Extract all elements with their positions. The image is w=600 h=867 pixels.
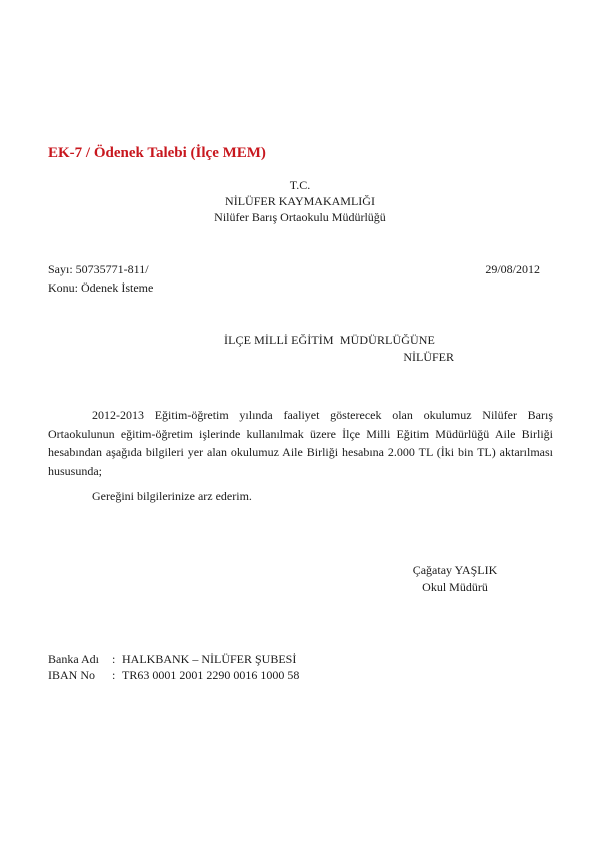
reference-number: Sayı: 50735771-811/	[48, 262, 149, 277]
document-date: 29/08/2012	[485, 262, 540, 277]
subject-label: Konu:	[48, 281, 78, 295]
letterhead-line-tc: T.C.	[0, 177, 600, 193]
document-title: EK-7 / Ödenek Talebi (İlçe MEM)	[48, 145, 266, 162]
bank-name-label: Banka Adı	[48, 651, 112, 667]
recipient-city: NİLÜFER	[403, 350, 454, 365]
iban-row: IBAN No : TR63 0001 2001 2290 0016 1000 …	[48, 667, 299, 683]
signer-title: Okul Müdürü	[380, 579, 530, 596]
subject-value: Ödenek İsteme	[81, 281, 153, 295]
reference-number-value: 50735771-811/	[76, 262, 149, 276]
letterhead: T.C. NİLÜFER KAYMAKAMLIĞI Nilüfer Barış …	[0, 177, 600, 225]
signer-name: Çağatay YAŞLIK	[380, 562, 530, 579]
bank-name-value: HALKBANK – NİLÜFER ŞUBESİ	[122, 651, 296, 667]
letterhead-line-authority: NİLÜFER KAYMAKAMLIĞI	[0, 193, 600, 209]
recipient-name: İLÇE MİLLİ EĞİTİM MÜDÜRLÜĞÜNE	[224, 333, 435, 348]
document-page: EK-7 / Ödenek Talebi (İlçe MEM) T.C. NİL…	[0, 0, 600, 867]
bank-name-row: Banka Adı : HALKBANK – NİLÜFER ŞUBESİ	[48, 651, 299, 667]
signature-block: Çağatay YAŞLIK Okul Müdürü	[380, 562, 530, 596]
bank-name-separator: :	[112, 651, 122, 667]
closing-line: Gereğini bilgilerinize arz ederim.	[92, 489, 252, 504]
reference-number-label: Sayı:	[48, 262, 73, 276]
iban-label: IBAN No	[48, 667, 112, 683]
letterhead-line-school: Nilüfer Barış Ortaokulu Müdürlüğü	[0, 209, 600, 225]
bank-details: Banka Adı : HALKBANK – NİLÜFER ŞUBESİ IB…	[48, 651, 299, 683]
body-paragraph: 2012-2013 Eğitim-öğretim yılında faaliye…	[48, 406, 553, 480]
iban-value: TR63 0001 2001 2290 0016 1000 58	[122, 667, 299, 683]
subject: Konu: Ödenek İsteme	[48, 281, 153, 296]
iban-separator: :	[112, 667, 122, 683]
